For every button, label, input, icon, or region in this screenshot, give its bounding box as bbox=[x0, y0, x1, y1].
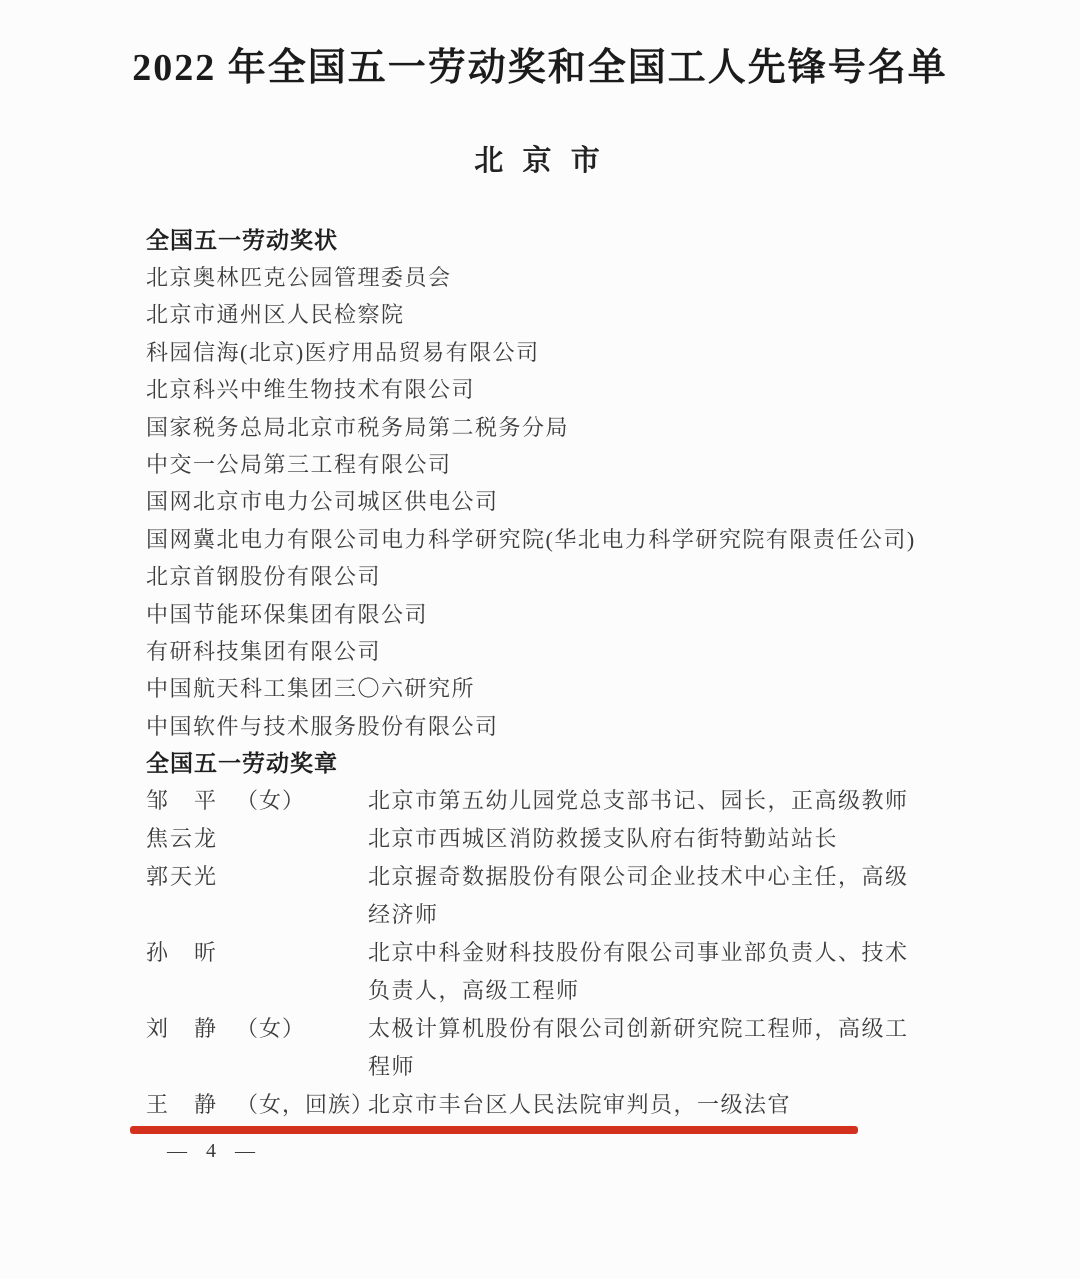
award-certificate-section: 全国五一劳动奖状 北京奥林匹克公园管理委员会 北京市通州区人民检察院 科园信海(… bbox=[146, 222, 976, 745]
award-medal-heading: 全国五一劳动奖章 bbox=[146, 745, 976, 782]
recipient-gender-ethnicity-tag: （女） bbox=[236, 1010, 368, 1048]
recipient-name: 焦云龙 bbox=[146, 820, 236, 858]
recipient-row: 郭天光 北京握奇数据股份有限公司企业技术中心主任，高级经济师 bbox=[146, 858, 976, 934]
organization-item: 中交一公局第三工程有限公司 bbox=[146, 446, 976, 483]
document-title: 2022 年全国五一劳动奖和全国工人先锋号名单 bbox=[0, 36, 1080, 91]
recipient-position: 北京市第五幼儿园党总支部书记、园长，正高级教师 bbox=[368, 782, 924, 820]
document-page: 2022 年全国五一劳动奖和全国工人先锋号名单 北 京 市 全国五一劳动奖状 北… bbox=[0, 0, 1080, 1279]
page-number: — 4 — bbox=[167, 1140, 257, 1163]
organization-item: 北京科兴中维生物技术有限公司 bbox=[146, 371, 976, 408]
organization-item: 中国节能环保集团有限公司 bbox=[146, 596, 976, 633]
organization-item: 中国软件与技术服务股份有限公司 bbox=[146, 708, 976, 745]
organization-item: 北京市通州区人民检察院 bbox=[146, 296, 976, 333]
recipient-gender-ethnicity-tag: （女，回族） bbox=[236, 1086, 368, 1124]
recipient-position: 太极计算机股份有限公司创新研究院工程师，高级工程师 bbox=[368, 1010, 924, 1086]
recipient-row: 刘 静 （女） 太极计算机股份有限公司创新研究院工程师，高级工程师 bbox=[146, 1010, 976, 1086]
recipient-position: 北京市西城区消防救援支队府右街特勤站站长 bbox=[368, 820, 924, 858]
organization-item: 国网冀北电力有限公司电力科学研究院(华北电力科学研究院有限责任公司) bbox=[146, 521, 976, 558]
recipient-name: 王 静 bbox=[146, 1086, 236, 1124]
organization-item: 北京首钢股份有限公司 bbox=[146, 558, 976, 595]
recipient-position: 北京中科金财科技股份有限公司事业部负责人、技术负责人，高级工程师 bbox=[368, 934, 924, 1010]
recipient-name: 郭天光 bbox=[146, 858, 236, 896]
recipient-row: 王 静 （女，回族） 北京市丰台区人民法院审判员，一级法官 bbox=[146, 1086, 976, 1124]
recipient-row: 焦云龙 北京市西城区消防救援支队府右街特勤站站长 bbox=[146, 820, 976, 858]
red-underline-annotation bbox=[130, 1126, 858, 1134]
organization-item: 北京奥林匹克公园管理委员会 bbox=[146, 259, 976, 296]
region-heading: 北 京 市 bbox=[0, 138, 1080, 179]
document-body: 全国五一劳动奖状 北京奥林匹克公园管理委员会 北京市通州区人民检察院 科园信海(… bbox=[146, 222, 976, 1124]
recipient-name: 邹 平 bbox=[146, 782, 236, 820]
recipient-gender-ethnicity-tag: （女） bbox=[236, 782, 368, 820]
organization-item: 中国航天科工集团三〇六研究所 bbox=[146, 670, 976, 707]
recipient-row: 邹 平 （女） 北京市第五幼儿园党总支部书记、园长，正高级教师 bbox=[146, 782, 976, 820]
recipient-position: 北京市丰台区人民法院审判员，一级法官 bbox=[368, 1086, 924, 1124]
recipient-name: 刘 静 bbox=[146, 1010, 236, 1048]
organization-item: 国网北京市电力公司城区供电公司 bbox=[146, 483, 976, 520]
recipient-position: 北京握奇数据股份有限公司企业技术中心主任，高级经济师 bbox=[368, 858, 924, 934]
organization-list: 北京奥林匹克公园管理委员会 北京市通州区人民检察院 科园信海(北京)医疗用品贸易… bbox=[146, 259, 976, 745]
organization-item: 科园信海(北京)医疗用品贸易有限公司 bbox=[146, 334, 976, 371]
organization-item: 国家税务总局北京市税务局第二税务分局 bbox=[146, 409, 976, 446]
recipient-row: 孙 昕 北京中科金财科技股份有限公司事业部负责人、技术负责人，高级工程师 bbox=[146, 934, 976, 1010]
award-medal-section: 全国五一劳动奖章 邹 平 （女） 北京市第五幼儿园党总支部书记、园长，正高级教师… bbox=[146, 745, 976, 1124]
recipient-name: 孙 昕 bbox=[146, 934, 236, 972]
recipient-list: 邹 平 （女） 北京市第五幼儿园党总支部书记、园长，正高级教师 焦云龙 北京市西… bbox=[146, 782, 976, 1124]
award-certificate-heading: 全国五一劳动奖状 bbox=[146, 222, 976, 259]
organization-item: 有研科技集团有限公司 bbox=[146, 633, 976, 670]
